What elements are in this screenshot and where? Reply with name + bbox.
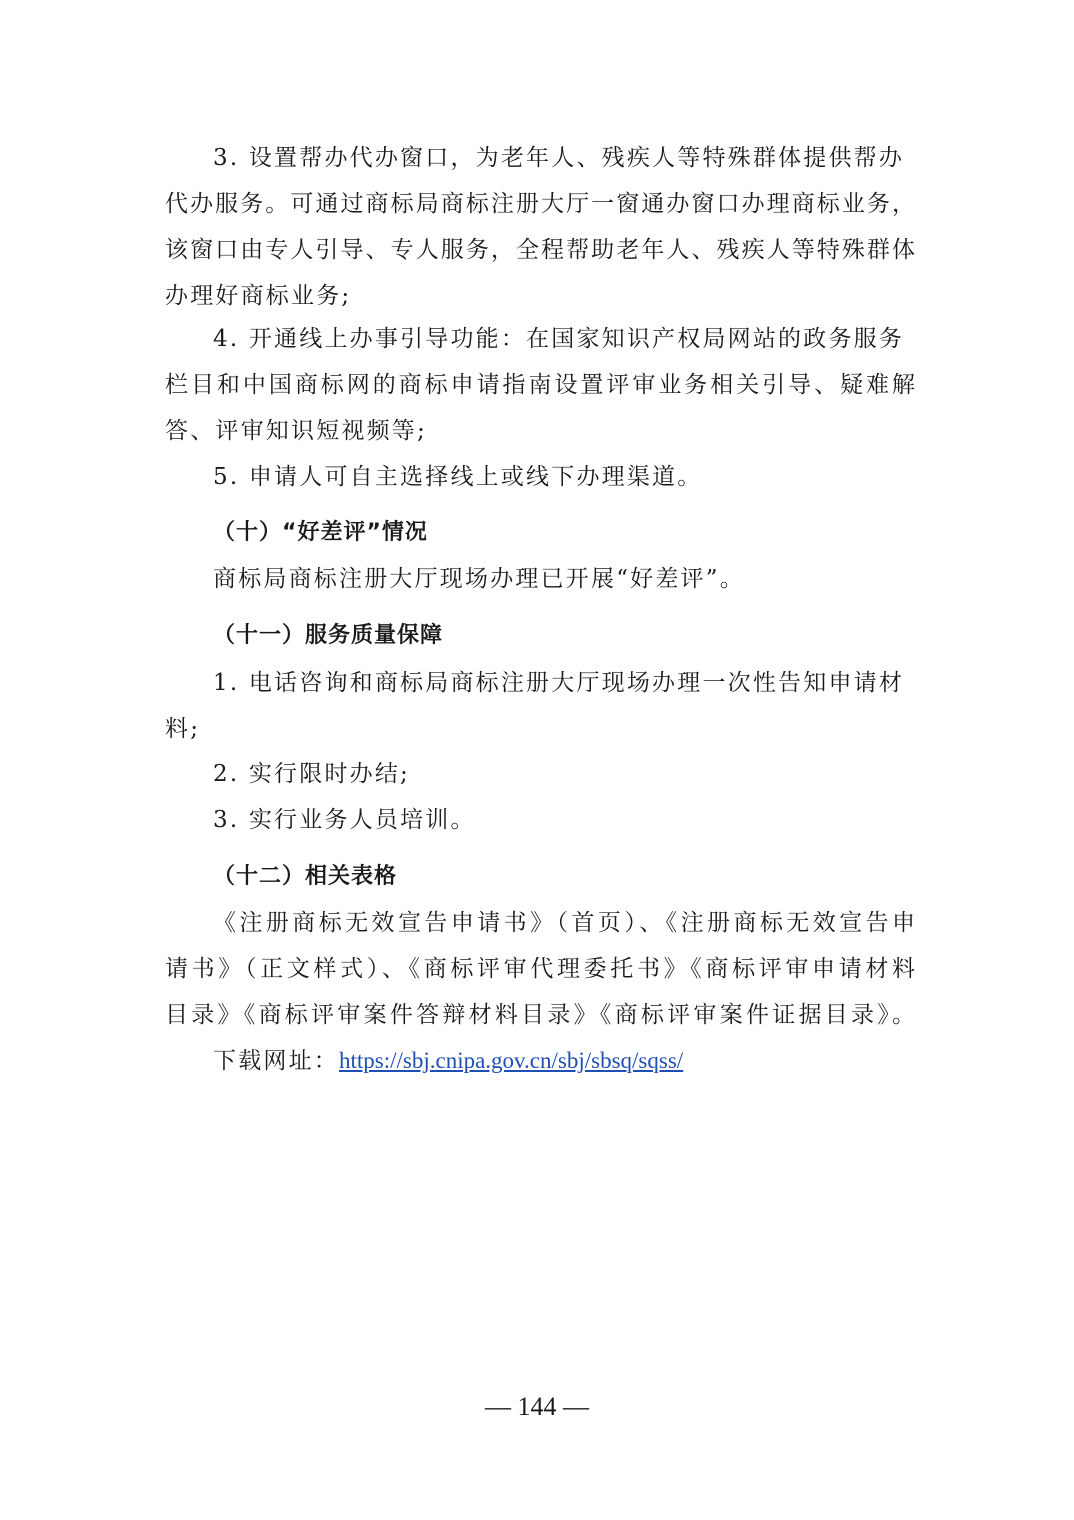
section-11-heading: （十一）服务质量保障 [213, 613, 443, 659]
download-row: 下载网址：https://sbj.cnipa.gov.cn/sbj/sbsq/s… [213, 1038, 963, 1084]
forms-line3: 目录》《商标评审案件答辩材料目录》《商标评审案件证据目录》。 [165, 992, 915, 1038]
forms-line2: 请书》（正文样式）、《商标评审代理委托书》《商标评审申请材料 [165, 946, 915, 992]
section-11-item2: 2. 实行限时办结; [213, 751, 963, 797]
download-label: 下载网址： [213, 1048, 339, 1074]
download-link[interactable]: https://sbj.cnipa.gov.cn/sbj/sbsq/sqss/ [339, 1048, 683, 1073]
section-10-heading: （十）“好差评”情况 [213, 510, 428, 556]
section-10-body: 商标局商标注册大厅现场办理已开展“好差评”。 [213, 556, 963, 602]
item3-line3: 该窗口由专人引导、专人服务，全程帮助老年人、残疾人等特殊群体 [165, 227, 915, 273]
item4-line3: 答、评审知识短视频等; [165, 408, 915, 454]
section-11-item1-line2: 料; [165, 706, 915, 752]
item3-line4: 办理好商标业务; [165, 273, 915, 319]
section-12-heading: （十二）相关表格 [213, 854, 397, 900]
item5-line: 5. 申请人可自主选择线上或线下办理渠道。 [213, 454, 963, 500]
item4-line2: 栏目和中国商标网的商标申请指南设置评审业务相关引导、疑难解 [165, 362, 915, 408]
page-number: — 144 — [0, 1392, 1074, 1422]
forms-line1: 《注册商标无效宣告申请书》（首页）、《注册商标无效宣告申 [213, 900, 915, 946]
section-11-item3: 3. 实行业务人员培训。 [213, 797, 963, 843]
item4-line1: 4. 开通线上办事引导功能：在国家知识产权局网站的政务服务 [213, 316, 915, 362]
section-11-item1-line1: 1. 电话咨询和商标局商标注册大厅现场办理一次性告知申请材 [213, 660, 915, 706]
item3-line2: 代办服务。可通过商标局商标注册大厅一窗通办窗口办理商标业务， [165, 181, 915, 227]
item3-line1: 3. 设置帮办代办窗口，为老年人、残疾人等特殊群体提供帮办 [213, 135, 915, 181]
